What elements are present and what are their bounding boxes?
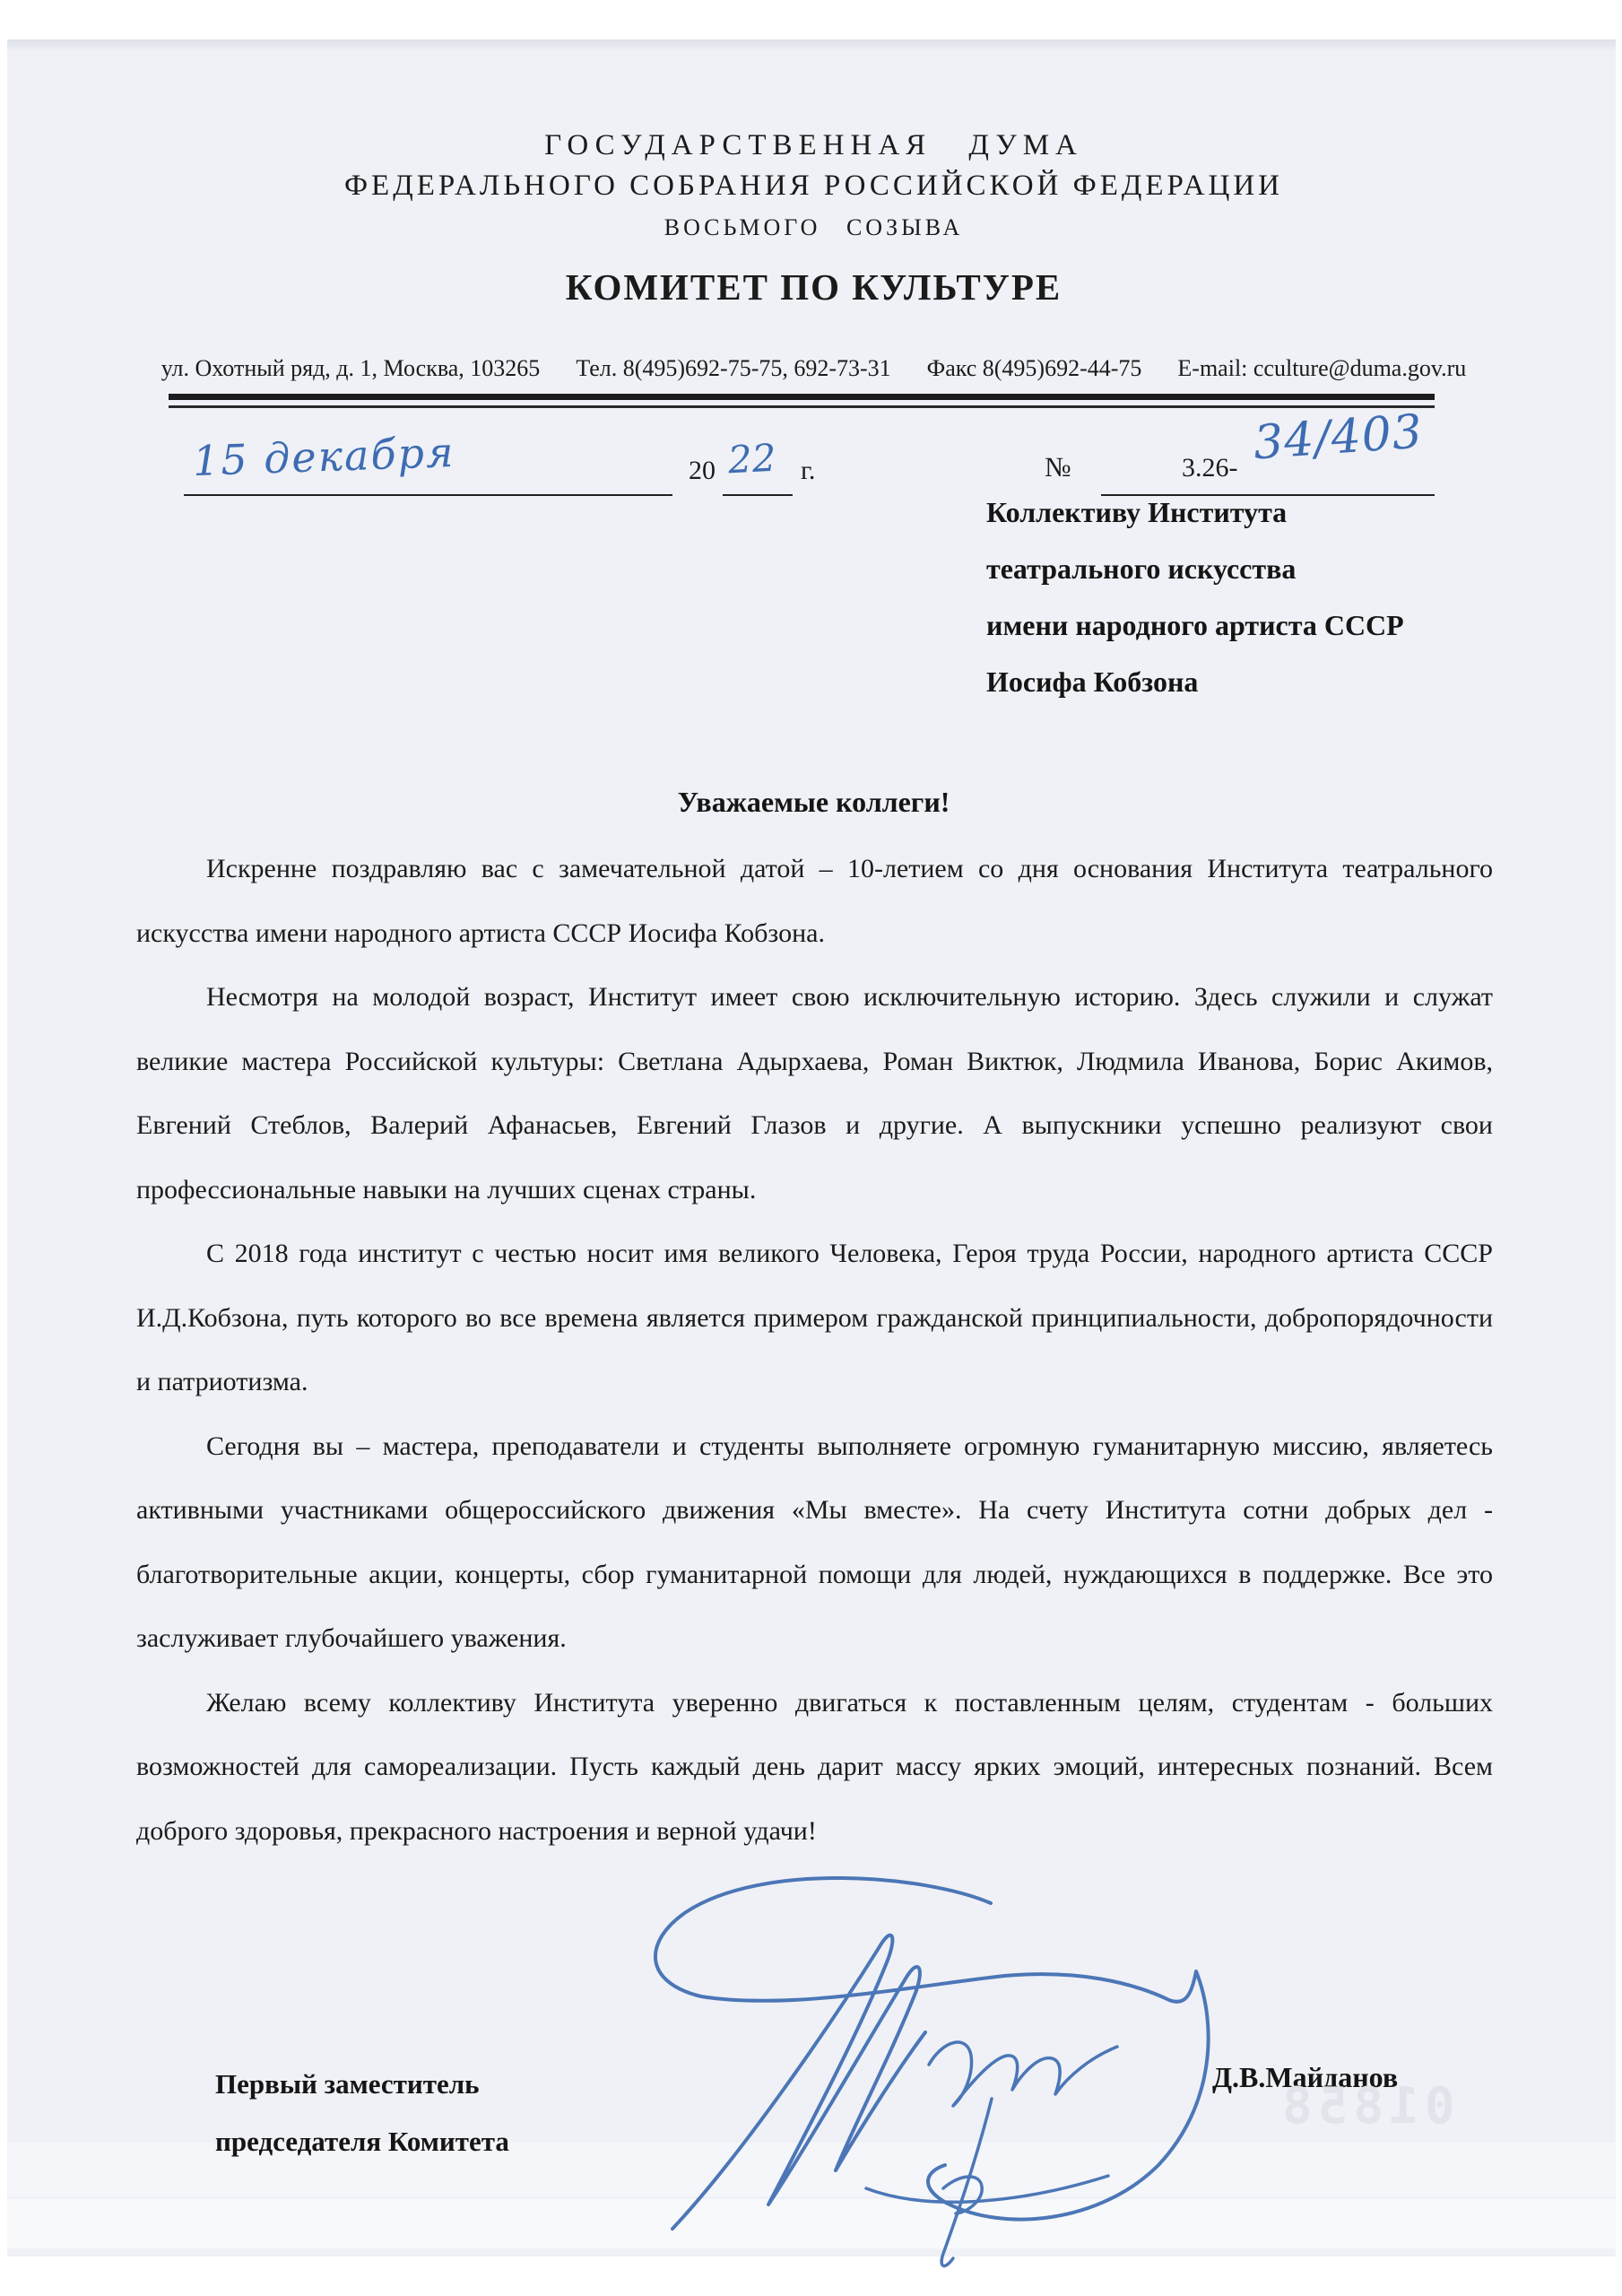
paragraph: Искренне поздравляю вас с замечательной … <box>136 837 1493 965</box>
addressee-line: театрального искусства <box>986 541 1488 597</box>
date-handwritten: 15 декабря <box>192 428 455 485</box>
scanned-letter-screenshot: { "letterhead": { "org_line1": "ГОСУДАРС… <box>0 0 1622 2296</box>
letterhead: ГОСУДАРСТВЕННАЯ ДУМА ФЕДЕРАЛЬНОГО СОБРАН… <box>134 126 1493 310</box>
org-name-line1: ГОСУДАРСТВЕННАЯ ДУМА <box>134 126 1493 165</box>
letterhead-rule-thick <box>169 394 1435 400</box>
signature-ink <box>538 1830 1363 2278</box>
year-prefix: 20 <box>689 456 716 486</box>
letterhead-rule-thin <box>169 405 1435 408</box>
number-printed: 3.26- <box>1182 453 1238 483</box>
signer-title: Первый заместитель председателя Комитета <box>215 2056 509 2170</box>
mirrored-stamp-number: 01858 <box>1277 2077 1455 2135</box>
paragraph: С 2018 года институт с честью носит имя … <box>136 1222 1493 1414</box>
page-top-shadow <box>7 39 1616 52</box>
addressee-line: имени народного артиста СССР <box>986 597 1488 654</box>
paragraph: Сегодня вы – мастера, преподаватели и ст… <box>136 1414 1493 1671</box>
signer-title-line2: председателя Комитета <box>215 2113 509 2170</box>
committee-name: КОМИТЕТ ПО КУЛЬТУРЕ <box>134 264 1493 310</box>
contact-fax: Факс 8(495)692-44-75 <box>927 355 1142 382</box>
year-suffix: г. <box>801 456 815 486</box>
date-underline <box>184 494 672 496</box>
signer-title-line1: Первый заместитель <box>215 2056 509 2113</box>
salutation: Уважаемые коллеги! <box>134 786 1493 819</box>
addressee-line: Коллективу Института <box>986 484 1488 541</box>
contact-address: ул. Охотный ряд, д. 1, Москва, 103265 <box>161 355 541 382</box>
contact-phone: Тел. 8(495)692-75-75, 692-73-31 <box>576 355 890 382</box>
org-name-line3: ВОСЬМОГО СОЗЫВА <box>134 208 1493 248</box>
contact-line: ул. Охотный ряд, д. 1, Москва, 103265 Те… <box>134 355 1493 382</box>
year-underline <box>723 494 793 496</box>
org-name-line2: ФЕДЕРАЛЬНОГО СОБРАНИЯ РОССИЙСКОЙ ФЕДЕРАЦ… <box>134 165 1493 206</box>
contact-email: E-mail: cculture@duma.gov.ru <box>1177 355 1466 382</box>
year-handwritten: 22 <box>727 436 777 483</box>
number-label: № <box>1045 451 1071 483</box>
letter-body: Искренне поздравляю вас с замечательной … <box>136 837 1493 1863</box>
addressee-line: Иосифа Кобзона <box>986 654 1488 710</box>
addressee-block: Коллективу Института театрального искусс… <box>986 484 1488 710</box>
paragraph: Несмотря на молодой возраст, Институт им… <box>136 965 1493 1222</box>
